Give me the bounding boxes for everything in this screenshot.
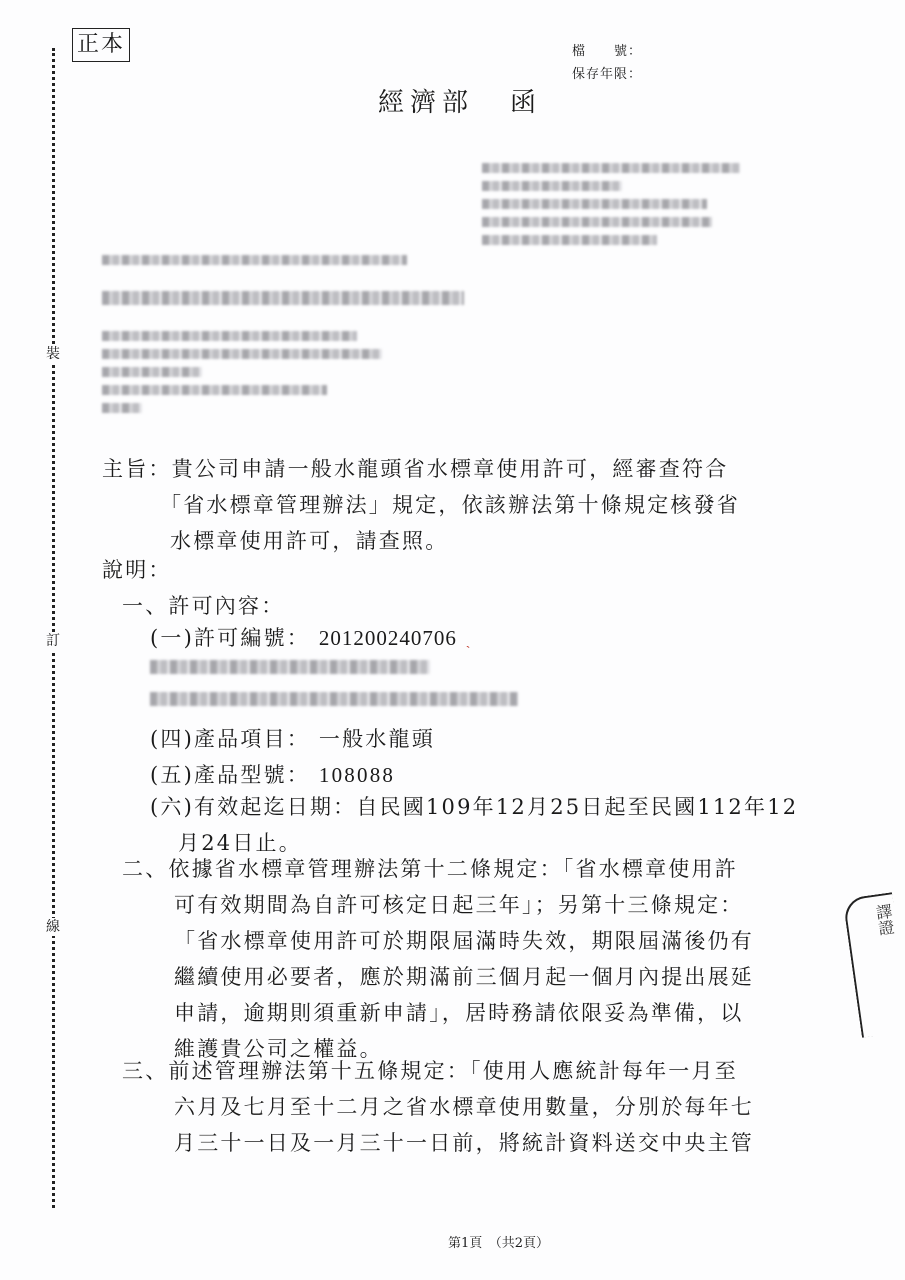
product-model-value: 108088 xyxy=(319,763,395,787)
section2-line: 申請，逾期則須重新申請」，居時務請依限妥為準備，以 xyxy=(122,995,822,1031)
validity-value: 自民國109年12月25日起至民國112年12 xyxy=(356,795,798,819)
product-item-value: 一般水龍頭 xyxy=(319,727,435,751)
red-mark: ˎ xyxy=(466,633,473,649)
seal-stamp-fragment: 譯證 xyxy=(843,892,905,1038)
redacted-item-2 xyxy=(150,660,430,674)
redacted-recipient-block xyxy=(102,255,482,413)
subject-label: 主旨： xyxy=(102,457,172,481)
copy-type-box: 正本 xyxy=(72,28,130,62)
section2: 二、依據省水標章管理辦法第十二條規定：「省水標章使用許 可有效期間為自許可核定日… xyxy=(122,851,822,1067)
binding-mark-zhuang: 裝 xyxy=(44,345,62,363)
subject-line: 貴公司申請一般水龍頭省水標章使用許可，經審查符合 xyxy=(172,457,729,481)
section2-line: 「省水標章使用許可於期限屆滿時失效，期限屆滿後仍有 xyxy=(122,923,822,959)
file-number-label: 檔 號： xyxy=(572,40,642,59)
binding-mark-ding: 訂 xyxy=(44,632,62,650)
permit-number-label: (一)許可編號： xyxy=(150,626,310,650)
retention-label: 保存年限： xyxy=(572,63,642,82)
section2-line: 可有效期間為自許可核定日起三年」；另第十三條規定： xyxy=(122,887,822,923)
subject-line: 「省水標章管理辦法」規定，依該辦法第十條規定核發省 xyxy=(102,487,822,523)
validity-label: (六)有效起迄日期： xyxy=(150,795,356,819)
section2-line: 二、依據省水標章管理辦法第十二條規定：「省水標章使用許 xyxy=(122,851,822,887)
section1-heading: 一、許可內容： xyxy=(122,588,284,624)
doc-type: 函 xyxy=(510,88,542,118)
product-item-row: (四)產品項目： 一般水龍頭 xyxy=(150,721,435,757)
binding-mark-xian: 線 xyxy=(44,918,62,936)
section3-line: 六月及七月至十二月之省水標章使用數量，分別於每年七 xyxy=(122,1089,822,1125)
section3-line: 月三十一日及一月三十一日前，將統計資料送交中央主管 xyxy=(122,1125,822,1161)
product-model-label: (五)產品型號： xyxy=(150,763,310,787)
section3-line: 三、前述管理辦法第十五條規定：「使用人應統計每年一月至 xyxy=(122,1053,822,1089)
binding-dotted-line xyxy=(52,48,55,1208)
page-number: 第1頁 （共2頁） xyxy=(448,1232,549,1251)
redacted-item-3 xyxy=(150,692,518,706)
issuer: 經濟部 xyxy=(378,88,474,118)
subject-line: 水標章使用許可，請查照。 xyxy=(102,523,822,559)
section2-line: 繼續使用必要者，應於期滿前三個月起一個月內提出展延 xyxy=(122,959,822,995)
section3: 三、前述管理辦法第十五條規定：「使用人應統計每年一月至 六月及七月至十二月之省水… xyxy=(122,1053,822,1161)
product-model-row: (五)產品型號： 108088 xyxy=(150,757,395,793)
subject-section: 主旨：貴公司申請一般水龍頭省水標章使用許可，經審查符合 「省水標章管理辦法」規定… xyxy=(102,451,822,559)
permit-number-value: 201200240706 xyxy=(319,626,457,650)
permit-number-row: (一)許可編號： 201200240706 ˎ xyxy=(150,620,473,659)
redacted-contact-block xyxy=(482,163,742,245)
product-item-label: (四)產品項目： xyxy=(150,727,310,751)
document-title: 經濟部函 xyxy=(378,82,542,119)
explanation-label: 說明： xyxy=(102,552,172,588)
